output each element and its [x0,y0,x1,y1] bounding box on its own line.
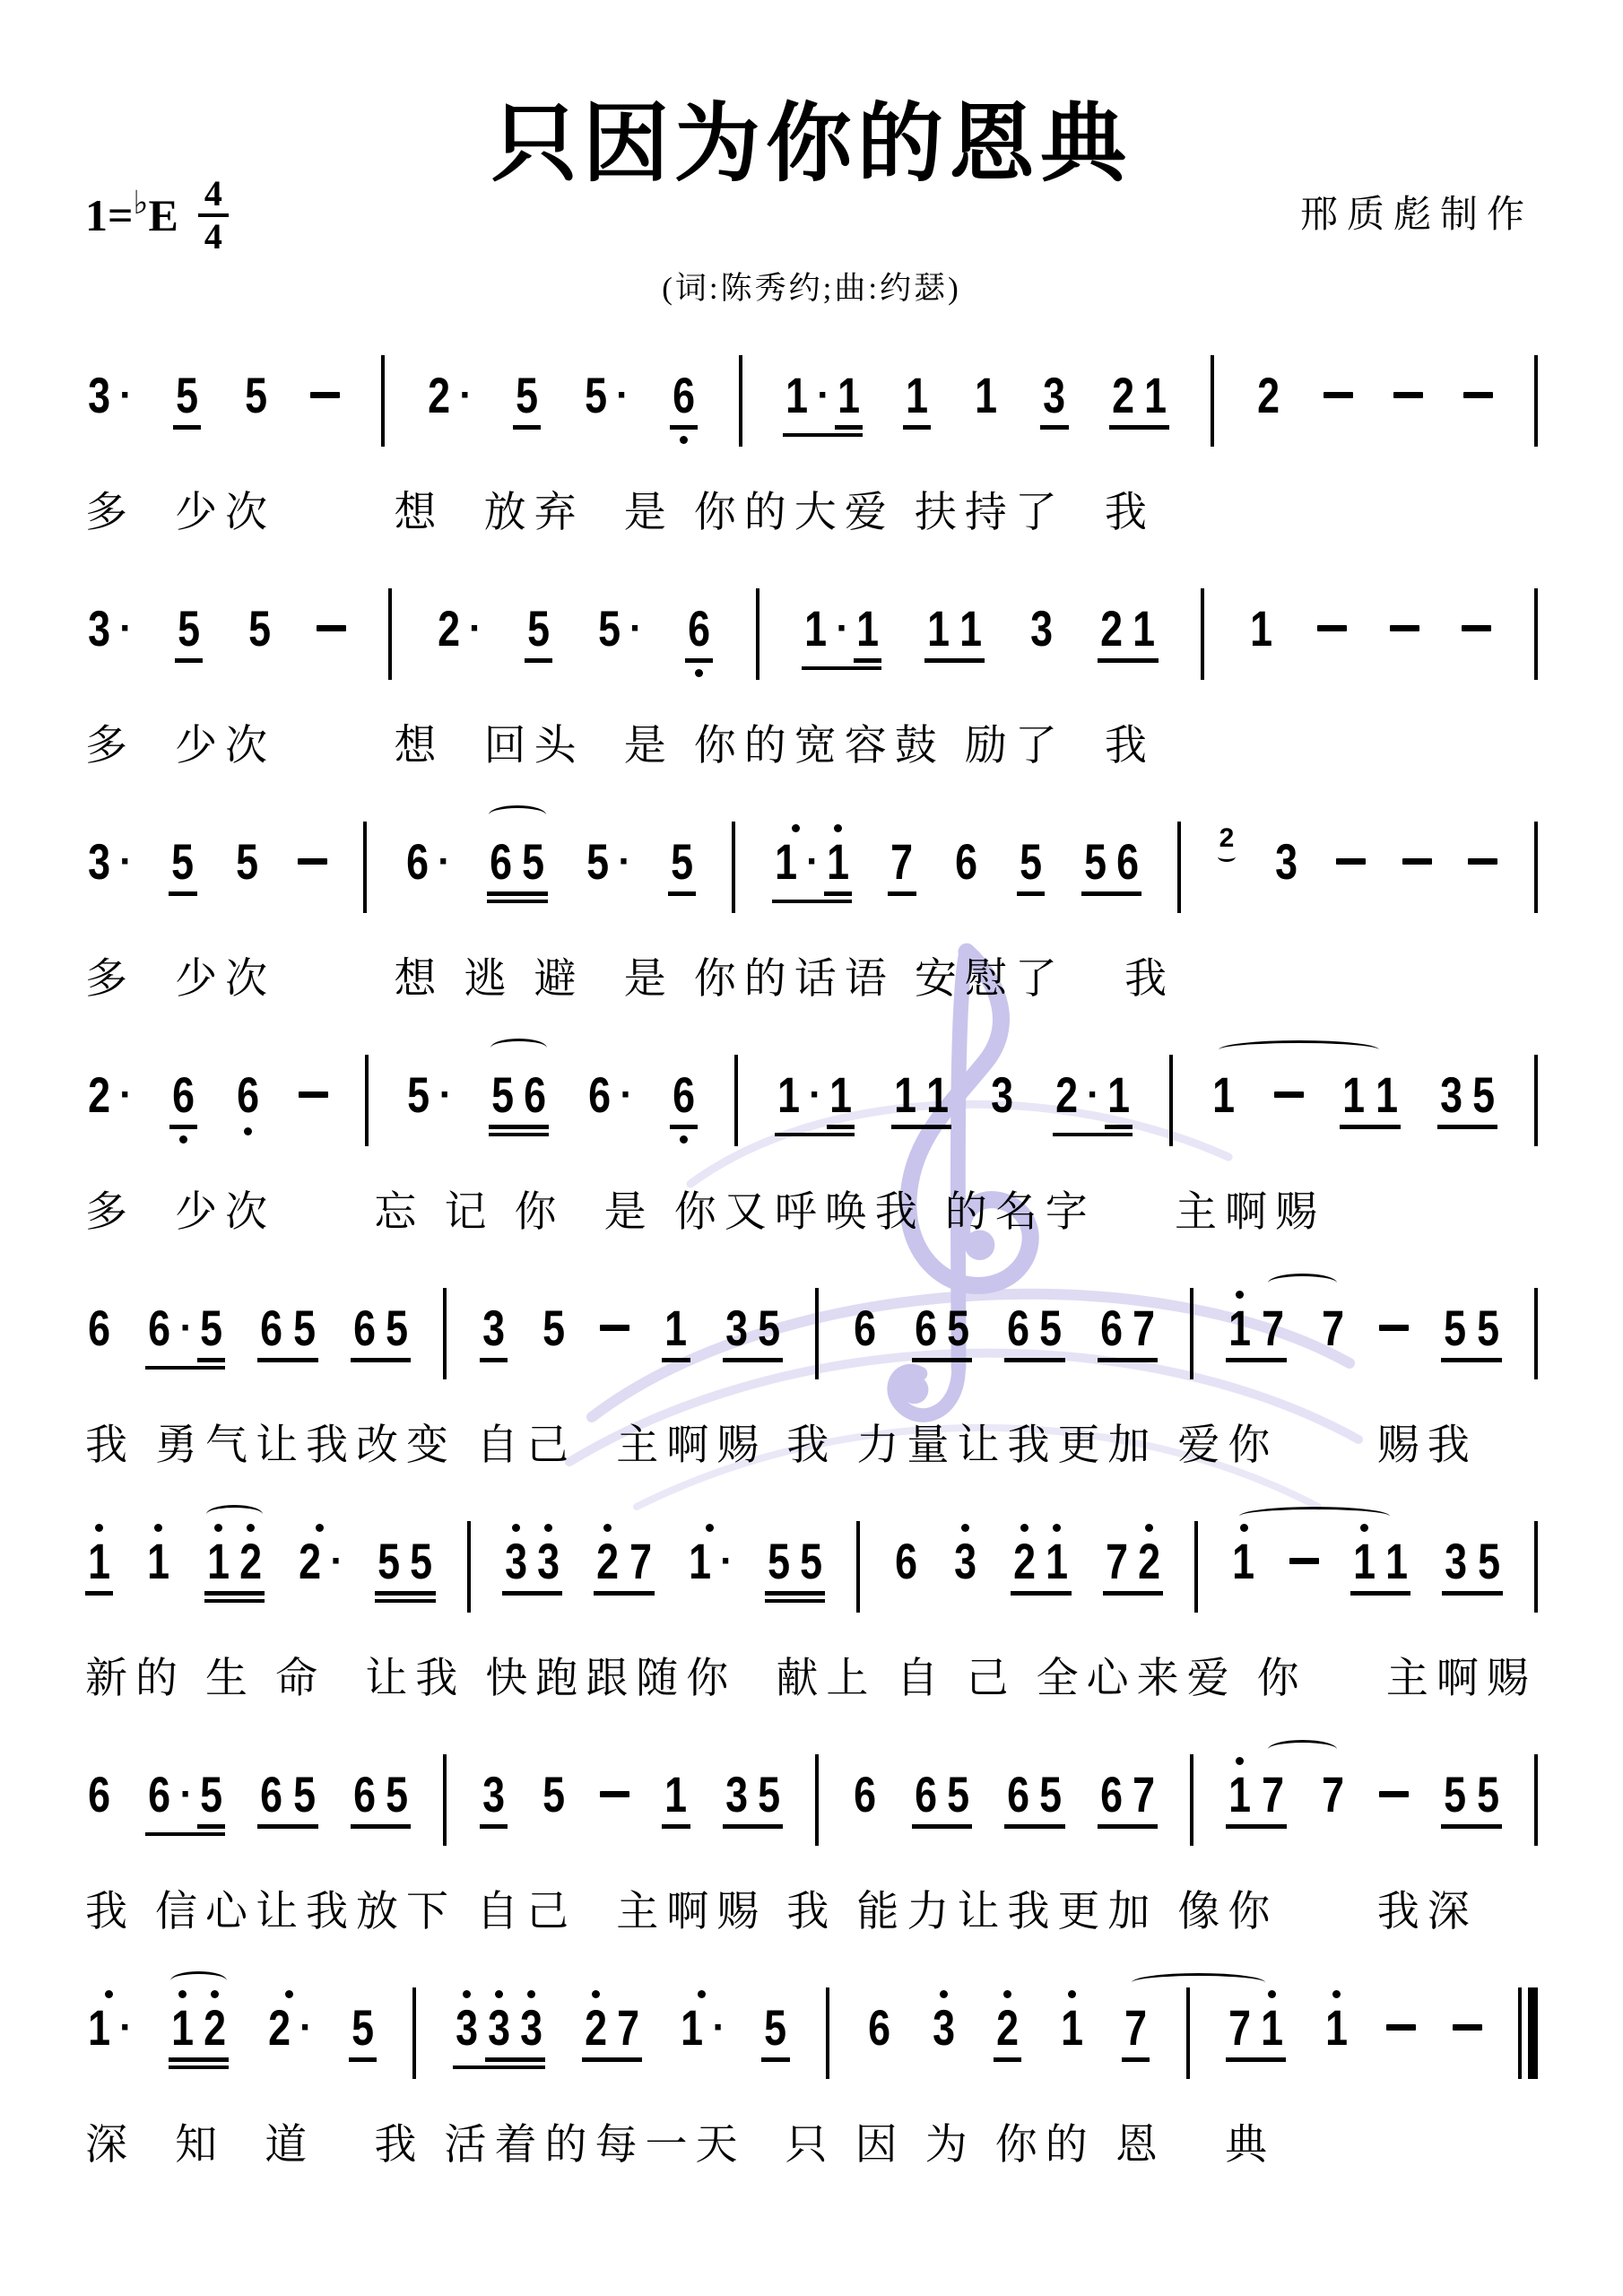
note-group: 1·1 [775,1069,855,1136]
note: 1· [686,1535,733,1587]
note-digit-row: 2 [994,2002,1021,2054]
note: 1 [1383,1535,1410,1587]
beam-underline [169,2057,229,2062]
note-digit-row: 1 [85,1535,113,1587]
note: 6 [351,1302,378,1354]
note-digit: 6 [673,370,695,422]
note: 6 [685,603,713,679]
note: 1 [1105,1069,1133,1129]
note-digit-row: 6 [487,836,515,888]
note: 1· [783,370,830,422]
octave-dot [544,1524,552,1532]
note-digit: 2 [1257,370,1280,422]
note-digit: 3 [1030,603,1053,655]
note-digit-row: 5 [944,1769,972,1821]
beam-underline [1437,1125,1497,1129]
note-digit: 6 [237,1069,259,1121]
final-barline [1518,1987,1538,2079]
beam-underline [670,425,698,430]
note-digit: 6 [148,1302,170,1354]
note-digit-row: 2· [296,1535,343,1587]
note-digit-row: 5 [175,603,203,655]
note-group: 2·1 [1053,1069,1133,1136]
note: 6· [145,1302,193,1354]
note-group-row: 1·1 [775,1069,855,1129]
note-digit: 1 [1228,1769,1251,1821]
note-digit-row: 1 [1226,1302,1254,1354]
note-digit-row: 3 [723,1302,751,1354]
note-group-row: 71 [1226,2002,1286,2054]
note-digit-row: 5 [246,603,273,655]
note-digit-row: 3 [988,1069,1016,1121]
note: 5 [489,1069,516,1121]
note-digit-row: 5 [944,1302,972,1354]
beam-underline [375,1591,435,1596]
note-group-row: 11 [891,1069,951,1121]
note-group: 12 [169,2002,229,2069]
notes-line: 2·665·566·61·11132·111135 [85,1042,1538,1168]
beam-underline [662,1824,690,1829]
barline [1201,588,1204,680]
note-digit: 3 [482,1769,505,1821]
note: 1 [1043,1535,1071,1587]
beam-underline [1011,1591,1071,1596]
note: 5· [582,370,629,422]
note: 6 [351,1769,378,1821]
note: 1 [1229,1535,1257,1587]
note: 1 [1258,2002,1286,2054]
barline [365,1055,369,1146]
note-digit-row: 5 [1081,836,1109,888]
note-digit-row: 1 [1141,370,1169,422]
duration-dash [299,1091,328,1098]
note-digit: 1 [1233,1535,1255,1587]
note: 7 [1259,1769,1287,1821]
augmentation-dot: · [119,2002,133,2054]
note-digit: 1 [1061,2002,1083,2054]
note-digit: 6 [261,1302,283,1354]
duration-dash [1289,1558,1319,1564]
octave-dot [1053,1524,1061,1532]
augmentation-dot: · [179,1769,193,1821]
note: 7 [614,2002,642,2054]
note-digit-row: 3 [1028,603,1055,655]
notes-line: 66·5656535135665656717755 [85,1742,1538,1867]
note-digit: 1 [665,1769,688,1821]
octave-dot [680,1135,688,1144]
beam-underline [802,666,881,671]
note: 1 [827,1069,855,1129]
note-digit-row: 6 [1004,1769,1032,1821]
note-group-row: 56 [489,1069,549,1121]
note: 7 [1226,2002,1254,2054]
beam-underline [835,425,863,430]
augmentation-dot: · [459,370,473,422]
octave-dot [695,669,703,677]
note: 5 [944,1769,972,1821]
note-group: 11 [891,1069,951,1129]
beam-underline [1098,1824,1158,1829]
note-digit-row: 5 [765,1535,793,1587]
note-digit-row: 1· [85,2002,133,2054]
note-digit-row: 1· [783,370,830,422]
note-digit: 6 [1100,1769,1123,1821]
note-digit: 2 [1055,1069,1078,1121]
note: 6 [1098,1769,1125,1821]
note-digit-row: 5 [407,1535,435,1587]
barline [1534,1754,1538,1846]
barline [467,1521,471,1613]
note-digit-row: 1 [1350,1535,1378,1587]
octave-dot [1268,1990,1276,1998]
beam-underline [723,1824,783,1829]
note-group: 1·1 [783,370,863,437]
note-digit-row: 3 [1437,1069,1465,1121]
note-digit-row: 2 [582,2002,610,2054]
note-group-row: 6·5 [145,1769,225,1829]
note-digit: 5 [1444,1769,1466,1821]
octave-dot [211,1990,219,1998]
octave-dot [495,1990,503,1998]
note-digit: 5 [542,1769,565,1821]
flat-symbol: ♭ [134,184,149,222]
note: 5 [197,1302,225,1362]
grace-note-digit: 2 [1219,825,1235,852]
note-digit: 1 [775,836,797,888]
note-digit-row: 1 [204,1535,232,1587]
note-digit: 6 [353,1302,376,1354]
barline [1534,822,1538,913]
note: 1· [678,2002,725,2054]
barline [732,822,735,913]
note-digit-row: 2 [201,2002,229,2054]
note-digit: 3 [482,1302,505,1354]
note-digit: 3 [933,2002,955,2054]
note: 1 [824,836,852,896]
note: 7 [1319,1302,1347,1354]
note-group-row: 12 [169,2002,229,2054]
note: 7 [1130,1302,1158,1354]
grace-slur [1218,851,1236,862]
octave-dot-below [179,1134,187,1145]
octave-dot [178,1990,187,1998]
note: 5 [246,603,273,655]
note: 5 [1441,1302,1469,1354]
note-digit-row: 5 [197,1769,225,1821]
note-group-row: 65 [1004,1769,1064,1821]
beam-underline [1442,1591,1502,1596]
note-digit: 5 [671,836,693,888]
note-digit-row: 6 [912,1302,940,1354]
note-digit: 3 [505,1535,527,1587]
slur-arc [489,805,545,824]
note-digit: 1 [88,2002,110,2054]
octave-dot [940,1990,948,1998]
note-group-row: 11 [1340,1069,1400,1121]
barline [363,822,367,913]
note-digit: 6 [855,1302,877,1354]
note-digit-row: 3 [453,2002,481,2054]
note: 1· [85,2002,133,2054]
note-digit-row: 5 [169,836,196,888]
octave-dot [1145,1524,1153,1532]
note-digit-row: 1 [903,370,931,422]
octave-dot-below [680,434,688,446]
note-group-row: 55 [765,1535,825,1587]
barline [381,355,385,447]
note-group: 72 [1103,1535,1163,1596]
note-digit-row: 6 [1098,1302,1125,1354]
note-digit-row: 1· [772,836,820,888]
note-group-row: 35 [1442,1535,1502,1587]
beam-underline [145,1366,225,1370]
note-digit: 7 [1124,2002,1147,2054]
note: 2 [994,2002,1021,2062]
beam-underline [772,900,852,904]
note-group-row: 27 [582,2002,642,2054]
note-digit-row: 6 [351,1302,378,1354]
note: 1 [169,2002,196,2054]
note-group: 67 [1098,1769,1158,1829]
note-digit-row: 2 [594,1535,621,1587]
note: 2 [582,2002,610,2054]
final-barline-thin [1518,1987,1522,2079]
note-group-row: 67 [1098,1769,1158,1821]
lyricist-composer-line: (词:陈秀约;曲:约瑟) [0,264,1623,309]
beam-underline [765,1599,825,1604]
note: 3 [988,1069,1016,1121]
score-line: 3·552·55·61·1113211多 少次 想 回头 是 你的宽容鼓 励了 … [85,576,1538,809]
note: 6· [145,1769,193,1821]
note-digit: 1 [838,370,860,422]
note-group-row: 17 [1226,1302,1286,1354]
note: 6 [1004,1769,1032,1821]
note: 5 [1037,1302,1064,1354]
note-digit: 2 [1138,1535,1160,1587]
note-digit: 6 [895,1535,917,1587]
note-digit: 6 [688,603,710,655]
note: 5 [1081,836,1109,888]
note: 6 [1004,1302,1032,1354]
note-group: 55 [1441,1769,1501,1829]
note-digit-row: 5 [489,1069,516,1121]
note-digit: 5 [408,1069,430,1121]
note-digit-row: 1 [169,2002,196,2054]
note-digit: 1 [926,1069,949,1121]
beam-underline [489,1125,549,1129]
note-digit-row: 6 [351,1769,378,1821]
note-digit-row: 1 [1340,1069,1367,1121]
beam-underline [513,425,541,430]
augmentation-dot: · [616,370,629,422]
beam-underline [723,1358,783,1362]
note: 3 [502,1535,530,1587]
note-digit: 1 [147,1535,169,1587]
note-digit: 1 [1107,1069,1130,1121]
augmentation-dot: · [439,1069,453,1121]
note-digit: 2 [996,2002,1019,2054]
note-digit: 6 [148,1769,170,1821]
note-group-row: 55 [1441,1769,1501,1821]
note-digit: 3 [1275,836,1298,888]
beam-underline [169,891,196,896]
note-digit-row: 1 [924,603,952,655]
note-digit: 6 [868,2002,890,2054]
note-digit-row: 1· [678,2002,725,2054]
note-digit-row: 5 [1037,1302,1064,1354]
octave-dot [1068,1990,1076,1998]
note: 1 [1373,1069,1401,1121]
note-digit: 5 [178,603,200,655]
note-digit: 7 [1322,1302,1344,1354]
note-group-row: 55 [375,1535,435,1587]
note: 2 [594,1535,621,1587]
note-digit: 1 [1353,1535,1376,1587]
note-group: 33 [502,1535,562,1596]
note-digit: 3 [1044,370,1066,422]
note-digit: 3 [88,836,110,888]
note-digit-row: 6· [145,1302,193,1354]
note-digit: 2 [438,603,460,655]
note: 6 [912,1769,940,1821]
note: 3 [1442,1535,1470,1587]
note-digit-row: 3 [485,2002,513,2054]
octave-dot [1236,1291,1244,1299]
note: 1 [957,603,985,655]
key-prefix: 1= [85,189,134,241]
beam-underline [489,1133,549,1137]
note-digit-row: 6 [851,1302,879,1354]
notes-line: 3·552·55·61·1113212 [85,343,1538,468]
octave-dot [527,1990,535,1998]
augmentation-dot: · [817,370,830,422]
note: 5 [944,1302,972,1354]
note-digit: 1 [1046,1535,1069,1587]
note: 2 [1098,603,1125,655]
barline [1177,822,1181,913]
note-digit: 2 [428,370,450,422]
duration-dash [1453,2024,1482,2031]
note-digit-row: 3 [480,1302,508,1354]
octave-dot [179,1135,187,1144]
note-digit-row: 5 [755,1769,783,1821]
note-digit-row: 1 [1229,1535,1257,1587]
beam-underline [1081,891,1141,896]
note-digit-row: 2 [1098,603,1125,655]
note-group-row: 65 [351,1302,411,1354]
note-digit-row: 6 [85,1302,113,1354]
note-digit: 5 [491,1069,514,1121]
note-group-row: 11 [924,603,985,655]
note: 5 [197,1769,225,1829]
note: 2· [85,1069,133,1121]
note-digit: 7 [617,2002,639,2054]
note-digit-row: 1 [662,1302,690,1354]
beam-underline [824,891,852,896]
octave-dot [1332,1990,1341,1998]
note: 5 [383,1302,411,1354]
note: 7 [1103,1535,1131,1587]
beam-underline [204,1599,265,1604]
note-digit: 2 [585,2002,607,2054]
note-group: 17 [1226,1769,1286,1829]
beam-underline [1441,1358,1501,1362]
augmentation-dot: · [620,1069,633,1121]
note: 5 [349,2002,377,2062]
augmentation-dot: · [330,1535,343,1587]
note-digit-row: 5 [1037,1769,1064,1821]
note-digit: 2 [299,1535,321,1587]
beam-underline [1441,1824,1501,1829]
note-group: 21 [1011,1535,1071,1596]
note-digit-row: 1 [1323,2002,1350,2054]
note-digit: 5 [386,1769,408,1821]
note-digit: 5 [1084,836,1107,888]
note: 6 [1114,836,1141,888]
note-digit: 1 [959,603,982,655]
note: 5· [584,836,631,888]
notes-line: 11122·5533271·5563217211135 [85,1509,1538,1634]
note: 3 [1028,603,1055,655]
beam-underline [775,1133,855,1137]
note-group-row: 35 [1437,1069,1497,1121]
note-digit: 6 [353,1769,376,1821]
note-digit: 1 [804,603,827,655]
note-digit: 5 [200,1302,222,1354]
octave-dot-below [680,1134,688,1145]
note-digit-row: 7 [614,2002,642,2054]
note-digit-row: 3 [723,1769,751,1821]
note-digit: 5 [200,1769,222,1821]
beam-underline [480,1358,508,1362]
note-digit: 3 [991,1069,1013,1121]
note-digit-row: 7 [1103,1535,1131,1587]
note: 6 [670,1069,698,1145]
note-digit: 5 [1472,1069,1495,1121]
note: 1 [1226,1769,1254,1821]
note-digit: 2 [1100,603,1123,655]
note: 3 [534,1535,562,1587]
note-digit: 5 [768,1535,790,1587]
octave-dot [1236,1757,1244,1765]
note: 5 [1441,1769,1469,1821]
note-group-row: 67 [1098,1302,1158,1354]
note-group: 65 [912,1302,972,1362]
octave-dot-below [695,667,703,679]
note-digit-row: 1 [1258,2002,1286,2054]
beam-underline [888,891,916,896]
note-group-row: 21 [1109,370,1169,422]
note-digit-row: 5 [755,1302,783,1354]
note-digit-row: 1· [775,1069,822,1121]
note-group-row: 72 [1103,1535,1163,1587]
note-digit: 6 [406,836,429,888]
duration-dash [1336,858,1366,865]
note: 6 [85,1302,113,1354]
duration-dash [1274,1091,1304,1098]
duration-dash [1379,1791,1409,1797]
note-digit-row: 1 [1210,1069,1237,1121]
note: 2 [1135,1535,1163,1587]
note-digit: 3 [88,603,110,655]
note-group: 65 [257,1302,317,1362]
note: 1 [144,1535,172,1587]
barline [1534,1055,1538,1146]
note-digit-row: 7 [1226,2002,1254,2054]
note: 2 [1109,370,1137,422]
barline [443,1754,447,1846]
note-digit: 5 [542,1302,565,1354]
